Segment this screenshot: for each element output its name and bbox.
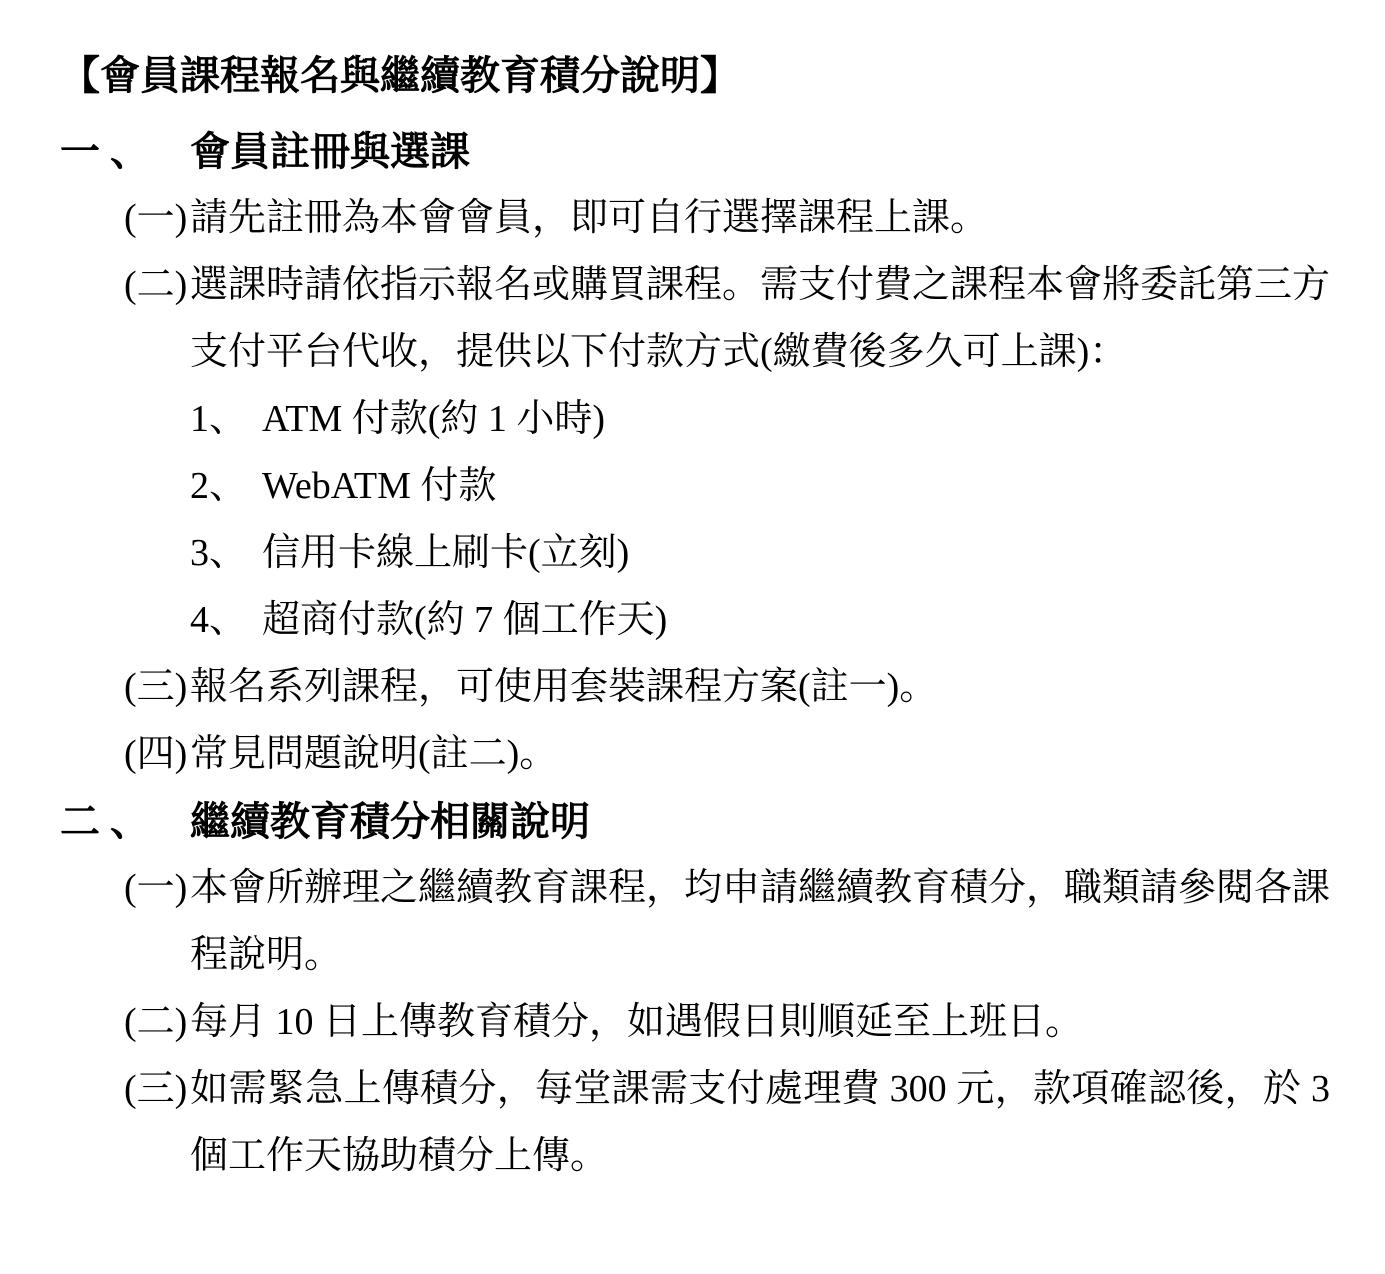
- item-marker: (四): [124, 721, 190, 788]
- item-marker: (二): [124, 989, 190, 1056]
- section-continuing-education: 二、繼續教育積分相關說明 (一)本會所辦理之繼續教育課程，均申請繼續教育積分，職…: [60, 788, 1330, 1190]
- list-item: (一)本會所辦理之繼續教育課程，均申請繼續教育積分，職類請參閱各課程說明。: [60, 855, 1330, 989]
- item-text: 如需緊急上傳積分，每堂課需支付處理費 300 元，款項確認後，於 3 個工作天協…: [190, 1068, 1330, 1177]
- item-marker: (一): [124, 855, 190, 922]
- item-text: 請先註冊為本會會員，即可自行選擇課程上課。: [190, 197, 988, 239]
- payment-option-text: WebATM 付款: [262, 465, 496, 507]
- section-2-title: 繼續教育積分相關說明: [190, 799, 590, 844]
- section-member-registration: 一、會員註冊與選課 (一)請先註冊為本會會員，即可自行選擇課程上課。 (二)選課…: [60, 118, 1330, 788]
- item-text: 常見問題說明(註二)。: [190, 733, 557, 775]
- section-1-heading: 一、會員註冊與選課: [60, 118, 1330, 185]
- document-title: 【會員課程報名與繼續教育積分說明】: [60, 34, 1330, 118]
- payment-option-marker: 1、: [190, 386, 262, 453]
- item-text: 報名系列課程，可使用套裝課程方案(註一)。: [190, 666, 937, 708]
- payment-option-marker: 2、: [190, 453, 262, 520]
- section-2-heading: 二、繼續教育積分相關說明: [60, 788, 1330, 855]
- item-text: 每月 10 日上傳教育積分，如遇假日則順延至上班日。: [190, 1001, 1083, 1043]
- payment-option: 4、超商付款(約 7 個工作天): [60, 587, 1330, 654]
- payment-option: 2、WebATM 付款: [60, 453, 1330, 520]
- list-item: (三)如需緊急上傳積分，每堂課需支付處理費 300 元，款項確認後，於 3 個工…: [60, 1056, 1330, 1190]
- payment-option-text: 信用卡線上刷卡(立刻): [262, 532, 629, 574]
- list-item: (一)請先註冊為本會會員，即可自行選擇課程上課。: [60, 185, 1330, 252]
- payment-option-text: ATM 付款(約 1 小時): [262, 398, 605, 440]
- payment-option-text: 超商付款(約 7 個工作天): [262, 599, 667, 641]
- list-item: (二)每月 10 日上傳教育積分，如遇假日則順延至上班日。: [60, 989, 1330, 1056]
- list-item: (四)常見問題說明(註二)。: [60, 721, 1330, 788]
- item-marker: (一): [124, 185, 190, 252]
- payment-option-marker: 4、: [190, 587, 262, 654]
- item-marker: (二): [124, 252, 190, 319]
- item-text: 選課時請依指示報名或購買課程。需支付費之課程本會將委託第三方支付平台代收，提供以…: [190, 264, 1330, 373]
- list-item: (三)報名系列課程，可使用套裝課程方案(註一)。: [60, 654, 1330, 721]
- item-text: 本會所辦理之繼續教育課程，均申請繼續教育積分，職類請參閱各課程說明。: [190, 867, 1330, 976]
- document-page: 【會員課程報名與繼續教育積分說明】 一、會員註冊與選課 (一)請先註冊為本會會員…: [0, 0, 1385, 1274]
- item-marker: (三): [124, 1056, 190, 1123]
- section-2-number: 二、: [60, 788, 190, 855]
- payment-option: 3、信用卡線上刷卡(立刻): [60, 520, 1330, 587]
- payment-option-marker: 3、: [190, 520, 262, 587]
- item-marker: (三): [124, 654, 190, 721]
- list-item: (二)選課時請依指示報名或購買課程。需支付費之課程本會將委託第三方支付平台代收，…: [60, 252, 1330, 386]
- payment-option: 1、ATM 付款(約 1 小時): [60, 386, 1330, 453]
- section-1-number: 一、: [60, 118, 190, 185]
- section-1-title: 會員註冊與選課: [190, 129, 470, 174]
